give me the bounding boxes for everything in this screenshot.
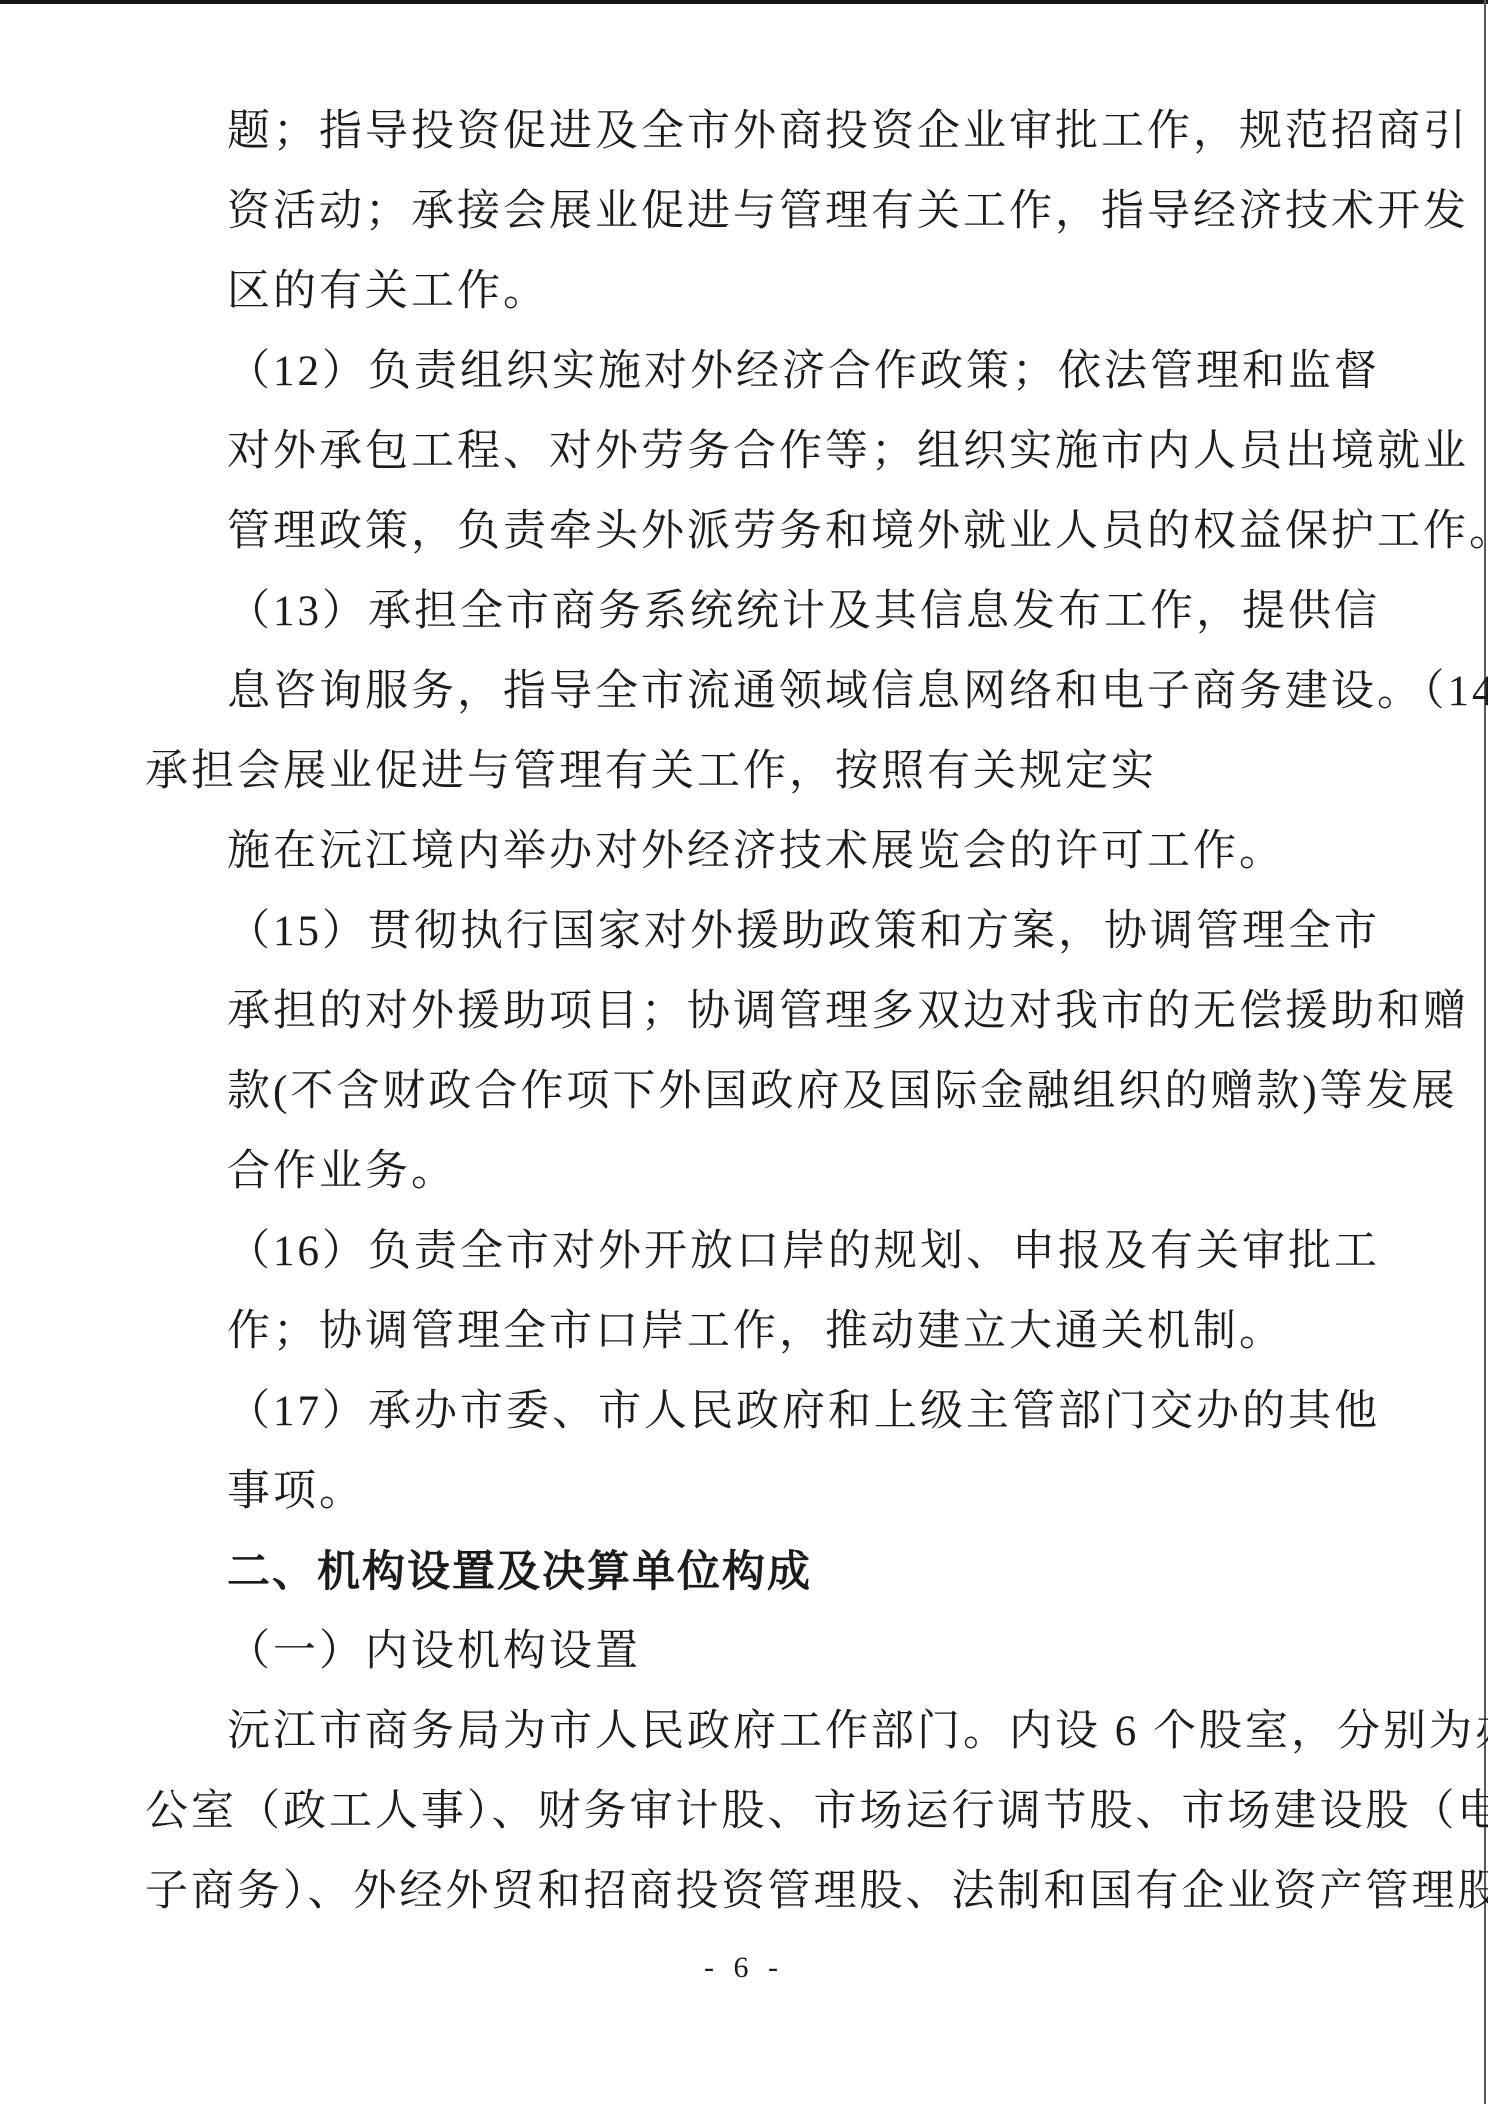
document-line: 资活动；承接会展业促进与管理有关工作，指导经济技术开发 [227,172,1461,252]
document-line: （12）负责组织实施对外经济合作政策；依法管理和监督 [227,332,1461,412]
document-line: 区的有关工作。 [227,252,1461,332]
document-line: 子商务）、外经外贸和招商投资管理股、法制和国有企业资产管理股。 [145,1852,1461,1932]
document-line: 沅江市商务局为市人民政府工作部门。内设 6 个股室，分别为办 [227,1692,1461,1772]
document-line: （15）贯彻执行国家对外援助政策和方案，协调管理全市 [227,892,1461,972]
document-line: 承担会展业促进与管理有关工作，按照有关规定实 [145,732,1461,812]
document-line: 息咨询服务，指导全市流通领域信息网络和电子商务建设。（14） [227,652,1461,732]
document-line: 事项。 [227,1452,1461,1532]
document-line: 题；指导投资促进及全市外商投资企业审批工作，规范招商引 [227,92,1461,172]
document-line: （13）承担全市商务系统统计及其信息发布工作，提供信 [227,572,1461,652]
page-number: - 6 - [0,1948,1488,1988]
document-line: 对外承包工程、对外劳务合作等；组织实施市内人员出境就业 [227,412,1461,492]
document-line: 款(不含财政合作项下外国政府及国际金融组织的赠款)等发展 [227,1052,1461,1132]
section-heading: 二、机构设置及决算单位构成 [227,1532,1461,1612]
document-line: 承担的对外援助项目；协调管理多双边对我市的无偿援助和赠 [227,972,1461,1052]
document-line: 合作业务。 [227,1132,1461,1212]
subsection-heading: （一）内设机构设置 [227,1612,1461,1692]
document-line: 公室（政工人事）、财务审计股、市场运行调节股、市场建设股（电 [145,1772,1461,1852]
document-line: 管理政策，负责牵头外派劳务和境外就业人员的权益保护工作。 [227,492,1461,572]
document-body: 题；指导投资促进及全市外商投资企业审批工作，规范招商引 资活动；承接会展业促进与… [145,92,1461,1932]
document-line: 施在沅江境内举办对外经济技术展览会的许可工作。 [227,812,1461,892]
page-top-edge [0,0,1488,4]
document-line: （16）负责全市对外开放口岸的规划、申报及有关审批工 [227,1212,1461,1292]
document-line: （17）承办市委、市人民政府和上级主管部门交办的其他 [227,1372,1461,1452]
document-page: 题；指导投资促进及全市外商投资企业审批工作，规范招商引 资活动；承接会展业促进与… [0,0,1488,2104]
document-line: 作；协调管理全市口岸工作，推动建立大通关机制。 [227,1292,1461,1372]
